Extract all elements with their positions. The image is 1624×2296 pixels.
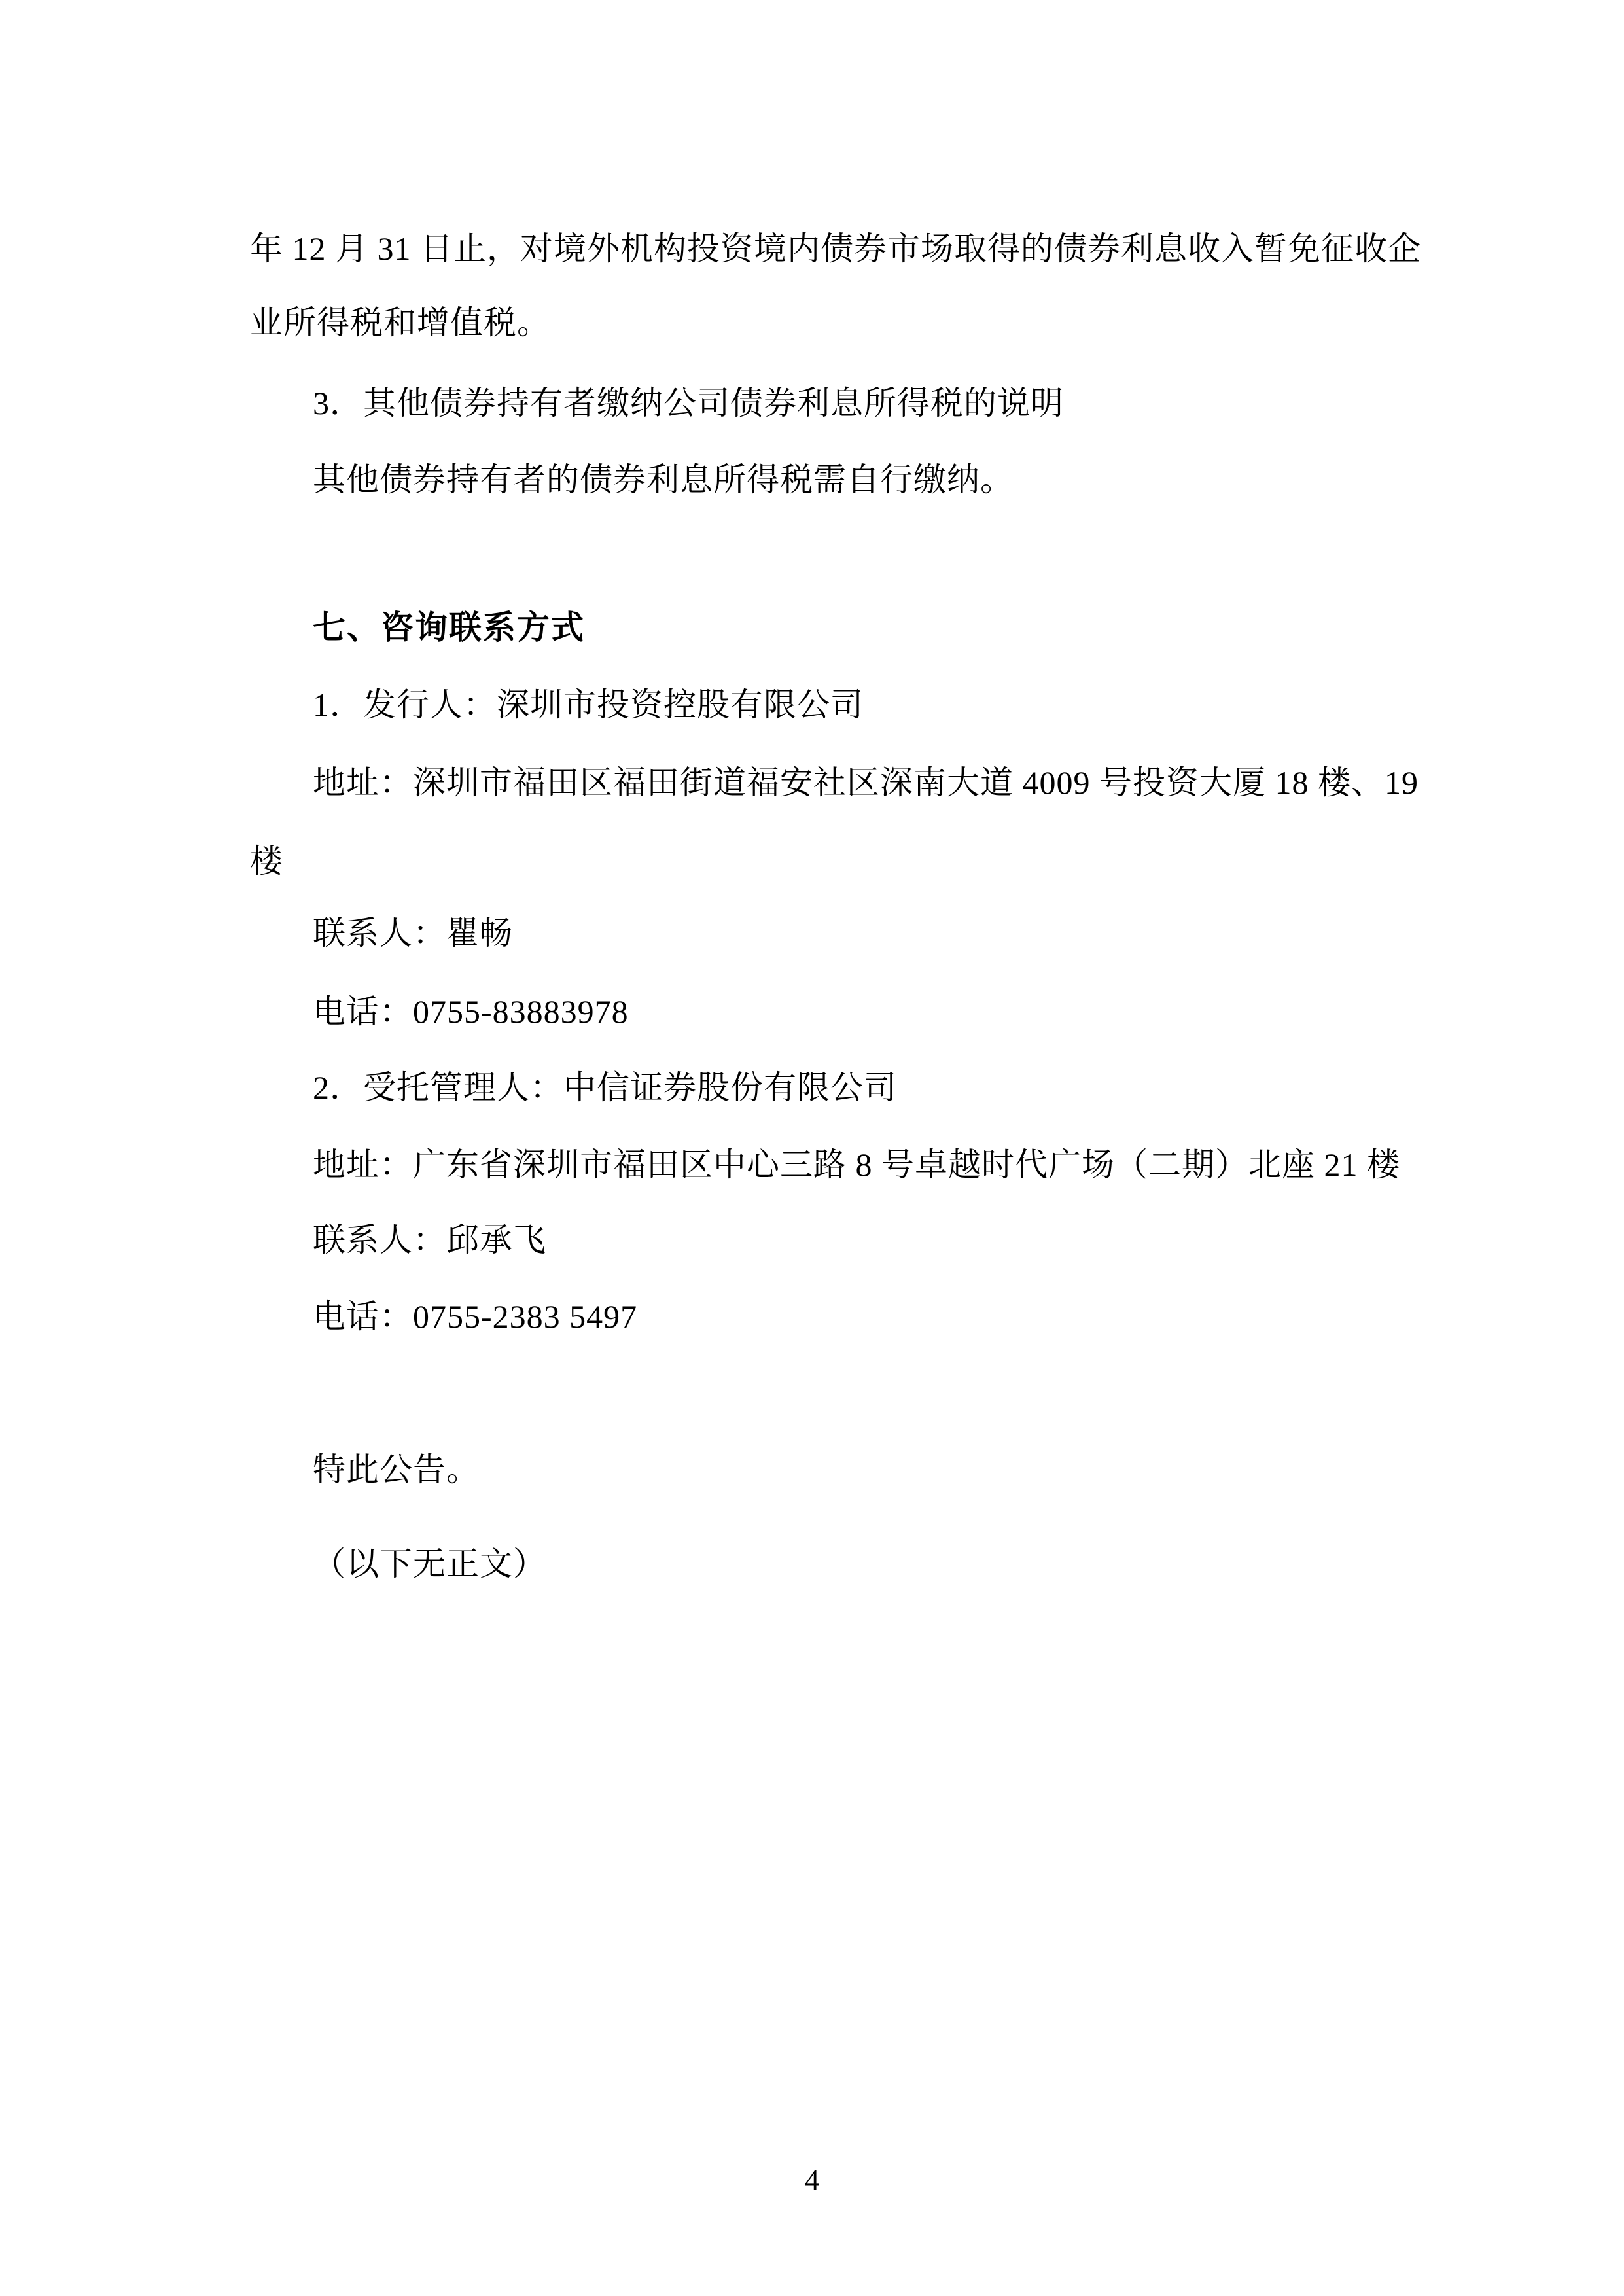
page-number: 4 — [0, 2142, 1624, 2219]
trustee-address-line: 地址：广东省深圳市福田区中心三路 8 号卓越时代广场（二期）北座 21 楼 — [313, 1127, 1400, 1203]
trustee-phone-line: 电话：0755-2383 5497 — [313, 1279, 637, 1355]
section-7-contact-heading: 七、咨询联系方式 — [313, 590, 585, 666]
paragraph-tax-exemption-line-2: 业所得税和增值税。 — [250, 285, 550, 361]
issuer-address-line-1: 地址：深圳市福田区福田街道福安社区深南大道 4009 号投资大厦 18 楼、19 — [313, 745, 1419, 821]
issuer-phone-line: 电话：0755-83883978 — [313, 974, 629, 1050]
paragraph-other-holders-self-pay: 其他债券持有者的债券利息所得税需自行缴纳。 — [313, 442, 1014, 518]
issuer-address-line-2: 楼 — [250, 823, 283, 900]
document-page: 年 12 月 31 日止，对境外机构投资境内债券市场取得的债券利息收入暂免征收企… — [0, 0, 1624, 2296]
trustee-contact-line: 联系人：邱承飞 — [313, 1202, 546, 1279]
no-more-text-line: （以下无正文） — [313, 1526, 546, 1602]
announcement-closing-line: 特此公告。 — [313, 1432, 480, 1508]
trustee-line: 2．受托管理人：中信证券股份有限公司 — [313, 1050, 897, 1126]
issuer-contact-line: 联系人：瞿畅 — [313, 895, 513, 972]
paragraph-tax-exemption-line-1: 年 12 月 31 日止，对境外机构投资境内债券市场取得的债券利息收入暂免征收企 — [250, 211, 1421, 287]
issuer-line: 1．发行人：深圳市投资控股有限公司 — [313, 667, 864, 743]
item-3-other-holders-heading: 3．其他债券持有者缴纳公司债券利息所得税的说明 — [313, 365, 1064, 442]
